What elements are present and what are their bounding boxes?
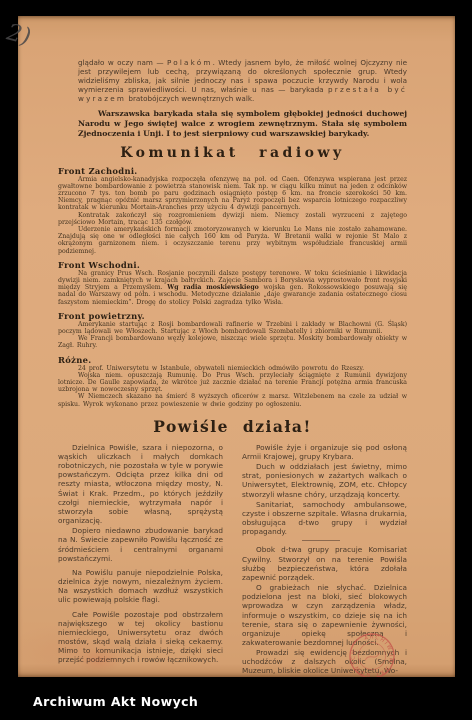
front-zachodni-paragraph-3: Uderzenie amerykańskich formacji zmotory… xyxy=(58,226,407,255)
scan-background: 2) glądało w oczy nam — Polakóm. Wtedy j… xyxy=(0,0,472,720)
powisle-right-paragraph-4: Obok d-twa grupy pracuje Komisariat Cywi… xyxy=(242,545,407,582)
archive-round-stamp-icon: ARCHIWUM AKT NOWYCH xyxy=(342,626,402,677)
column-divider xyxy=(302,540,340,541)
front-wschodni-paragraph: Na granicy Prus Wsch. Rosjanie poczynili… xyxy=(58,270,407,306)
powisle-right-paragraph-1: Powiśle żyje i organizuje się pod osłoną… xyxy=(242,443,407,461)
rozne-paragraph-2: Wojska niem. opuszczają Rumunię. Do Prus… xyxy=(58,372,407,394)
intro-paragraph: glądało w oczy nam — Polakóm. Wtedy jasn… xyxy=(78,58,407,103)
barricade-paragraph: Warszawska barykada stała się symbolem g… xyxy=(78,109,407,138)
heading-rozne: Różne. xyxy=(58,355,407,365)
intro-run-emphasis-1: Polakóm xyxy=(167,58,213,67)
heading-front-zachodni: Front Zachodni. xyxy=(58,166,407,176)
leaflet-page: glądało w oczy nam — Polakóm. Wtedy jasn… xyxy=(18,16,455,677)
powisle-left-column: Dzielnica Powiśle, szara i niepozorna, o… xyxy=(58,443,223,676)
communique-title: Komunikat radiowy xyxy=(58,145,407,161)
heading-front-powietrzny: Front powietrzny. xyxy=(58,311,407,321)
powisle-right-paragraph-2: Duch w oddziałach jest świetny, mimo str… xyxy=(242,462,407,499)
powisle-title: Powiśle działa! xyxy=(58,417,407,436)
leaflet-content: glądało w oczy nam — Polakóm. Wtedy jasn… xyxy=(18,16,455,676)
intro-run-1: glądało w oczy nam — xyxy=(78,58,167,67)
powisle-right-paragraph-3: Sanitariat, samochody ambulansowe, czyst… xyxy=(242,500,407,537)
front-powietrzny-paragraph-1: Amerykanie startując z Rosji bombardowal… xyxy=(58,321,407,335)
front-wschodni-bold-run: Wg radia moskiewskiego xyxy=(167,284,259,291)
heading-front-wschodni: Front Wschodni. xyxy=(58,260,407,270)
rozne-paragraph-3: W Niemczech skazano na śmierć 8 wyższych… xyxy=(58,393,407,407)
archive-caption: Archiwum Akt Nowych xyxy=(33,694,198,709)
front-zachodni-paragraph-2: Kontratak zakończył się rozgromieniem dy… xyxy=(58,212,407,226)
ink-smudge xyxy=(76,648,122,672)
front-powietrzny-paragraph-2: We Francji bombardowano węzły kolejowe, … xyxy=(58,335,407,349)
powisle-left-paragraph-3: Na Powiślu panuje niepodzielnie Polska, … xyxy=(58,568,223,605)
rozne-paragraph-1: 24 prof. Uniwersytetu w Istanbule, obywa… xyxy=(58,365,407,372)
front-zachodni-paragraph-1: Armia angielsko-kanadyjska rozpoczęła of… xyxy=(58,176,407,212)
powisle-left-paragraph-1: Dzielnica Powiśle, szara i niepozorna, o… xyxy=(58,443,223,525)
powisle-left-paragraph-2: Dopiero niedawno zbudowanie barykad na N… xyxy=(58,526,223,563)
stamp-illegible-center-mark xyxy=(364,652,380,661)
intro-run-3: bratobójczych wewnętrznych walk. xyxy=(126,94,254,103)
